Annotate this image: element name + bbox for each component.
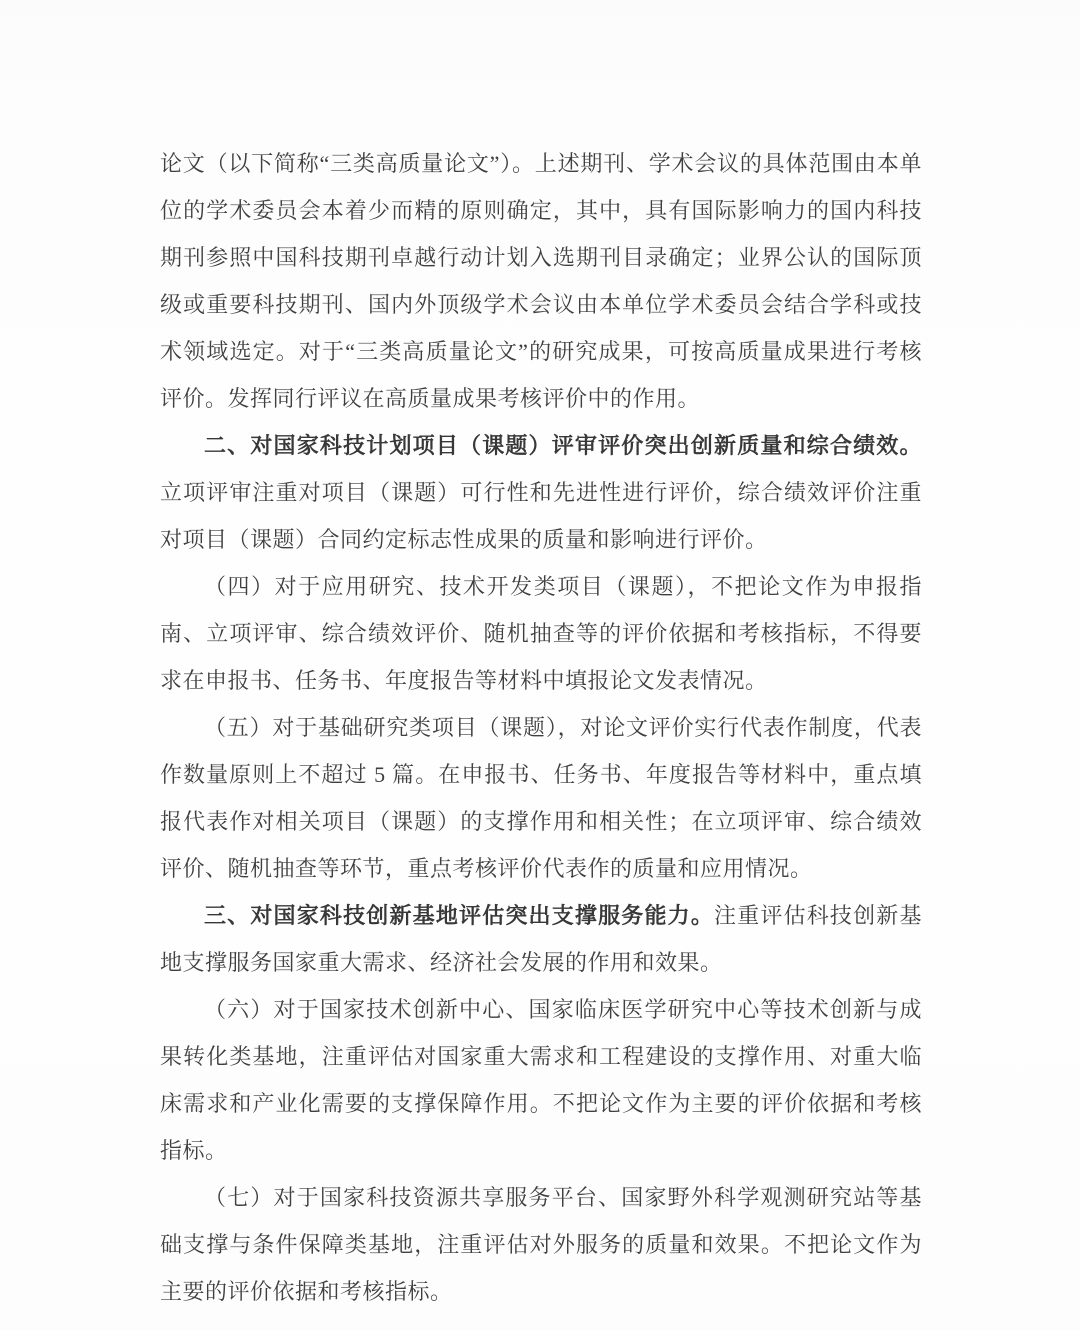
document-body: 论文（以下简称“三类高质量论文”）。上述期刊、学术会议的具体范围由本单位的学术委… [160, 140, 922, 1315]
paragraph: 二、对国家科技计划项目（课题）评审评价突出创新质量和综合绩效。立项评审注重对项目… [160, 422, 922, 563]
paragraph: （五）对于基础研究类项目（课题），对论文评价实行代表作制度，代表作数量原则上不超… [160, 704, 922, 892]
paragraph-text: （四）对于应用研究、技术开发类项目（课题），不把论文作为申报指南、立项评审、综合… [160, 574, 922, 693]
paragraph-text: 论文（以下简称“三类高质量论文”）。上述期刊、学术会议的具体范围由本单位的学术委… [160, 151, 922, 411]
paragraph-text: （七）对于国家科技资源共享服务平台、国家野外科学观测研究站等基础支撑与条件保障类… [160, 1185, 922, 1304]
paragraph-heading-text: 二、对国家科技计划项目（课题）评审评价突出创新质量和综合绩效。 [204, 433, 922, 458]
paragraph-text: （六）对于国家技术创新中心、国家临床医学研究中心等技术创新与成果转化类基地，注重… [160, 997, 922, 1163]
paragraph: 论文（以下简称“三类高质量论文”）。上述期刊、学术会议的具体范围由本单位的学术委… [160, 140, 922, 422]
paragraph: （六）对于国家技术创新中心、国家临床医学研究中心等技术创新与成果转化类基地，注重… [160, 986, 922, 1174]
paragraph-text: （五）对于基础研究类项目（课题），对论文评价实行代表作制度，代表作数量原则上不超… [160, 715, 922, 881]
paragraph: （七）对于国家科技资源共享服务平台、国家野外科学观测研究站等基础支撑与条件保障类… [160, 1174, 922, 1315]
paragraph-heading-text: 三、对国家科技创新基地评估突出支撑服务能力。 [204, 903, 714, 928]
paragraph-text: 立项评审注重对项目（课题）可行性和先进性进行评价，综合绩效评价注重对项目（课题）… [160, 480, 922, 552]
paragraph: （四）对于应用研究、技术开发类项目（课题），不把论文作为申报指南、立项评审、综合… [160, 563, 922, 704]
document-page: 论文（以下简称“三类高质量论文”）。上述期刊、学术会议的具体范围由本单位的学术委… [0, 0, 1080, 1331]
paragraph: 三、对国家科技创新基地评估突出支撑服务能力。注重评估科技创新基地支撑服务国家重大… [160, 892, 922, 986]
